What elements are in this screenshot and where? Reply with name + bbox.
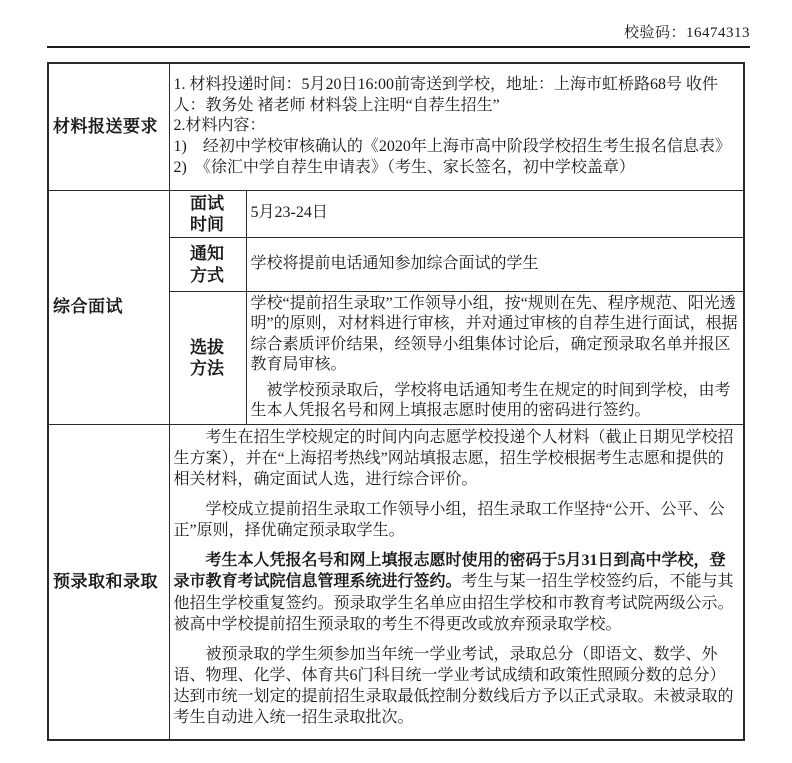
pre-admission-paragraph-2: 学校成立提前招生录取工作领导小组，招生录取工作坚持“公开、公平、公正”原则，择优…: [174, 499, 739, 541]
material-content-item-1: 1) 经初中学校审核确认的《2020年上海市高中阶段学校招生考生报名信息表》: [174, 137, 739, 158]
material-content-item-2: 2) 《徐汇中学自荐生申请表》（考生、家长签名，初中学校盖章）: [174, 158, 739, 179]
selection-method-paragraph-1: 学校“提前招生录取”工作领导小组，按“规则在先、程序规范、阳光透明”的原则，对材…: [251, 294, 739, 376]
cell-material-requirements: 1. 材料投递时间：5月20日16:00前寄送到学校，地址：上海市虹桥路68号 …: [169, 63, 744, 190]
cell-interview-time: 5月23-24日: [246, 190, 744, 238]
pre-admission-paragraph-1: 考生在招生学校规定的时间内向志愿学校投递个人材料（截止日期见学校招生方案），并在…: [174, 427, 739, 490]
material-contents-heading: 2.材料内容：: [174, 116, 739, 137]
cell-selection-method: 学校“提前招生录取”工作领导小组，按“规则在先、程序规范、阳光透明”的原则，对材…: [246, 292, 744, 425]
verification-code-label: 校验码：: [624, 25, 686, 41]
table-row-material-requirements: 材料报送要求 1. 材料投递时间：5月20日16:00前寄送到学校，地址：上海市…: [48, 63, 744, 190]
document-page: 校验码：16474313 材料报送要求 1. 材料投递时间：5月20日16:00…: [0, 0, 792, 763]
table-row-interview-time: 综合面试 面试 时间 5月23-24日: [48, 190, 744, 238]
cell-pre-admission: 考生在招生学校规定的时间内向志愿学校投递个人材料（截止日期见学校招生方案），并在…: [169, 424, 744, 740]
verification-code-value: 16474313: [686, 25, 750, 41]
sub-label-selection-method: 选拔 方法: [169, 292, 246, 425]
sub-label-notification-method: 通知 方式: [169, 238, 246, 292]
row-label-pre-admission: 预录取和录取: [48, 424, 169, 740]
verification-code: 校验码：16474313: [624, 21, 750, 42]
material-delivery-time: 1. 材料投递时间：5月20日16:00前寄送到学校，地址：上海市虹桥路68号 …: [174, 75, 739, 117]
selection-method-paragraph-2: 被学校预录取后，学校将电话通知考生在规定的时间到学校，由考生本人凭报名号和网上填…: [251, 381, 739, 422]
table-row-pre-admission: 预录取和录取 考生在招生学校规定的时间内向志愿学校投递个人材料（截止日期见学校招…: [48, 424, 744, 740]
cell-notification-method: 学校将提前电话通知参加综合面试的学生: [246, 238, 744, 292]
pre-admission-paragraph-3: 考生本人凭报名号和网上填报志愿时使用的密码于5月31日到高中学校，登录市教育考试…: [174, 550, 739, 634]
sub-label-interview-time: 面试 时间: [169, 190, 246, 238]
row-label-material-requirements: 材料报送要求: [48, 63, 169, 190]
admission-info-table: 材料报送要求 1. 材料投递时间：5月20日16:00前寄送到学校，地址：上海市…: [47, 62, 745, 741]
pre-admission-paragraph-4: 被预录取的学生须参加当年统一学业考试，录取总分（即语文、数学、外语、物理、化学、…: [174, 644, 739, 728]
header-divider-rule: [47, 46, 750, 48]
row-label-comprehensive-interview: 综合面试: [48, 190, 169, 424]
